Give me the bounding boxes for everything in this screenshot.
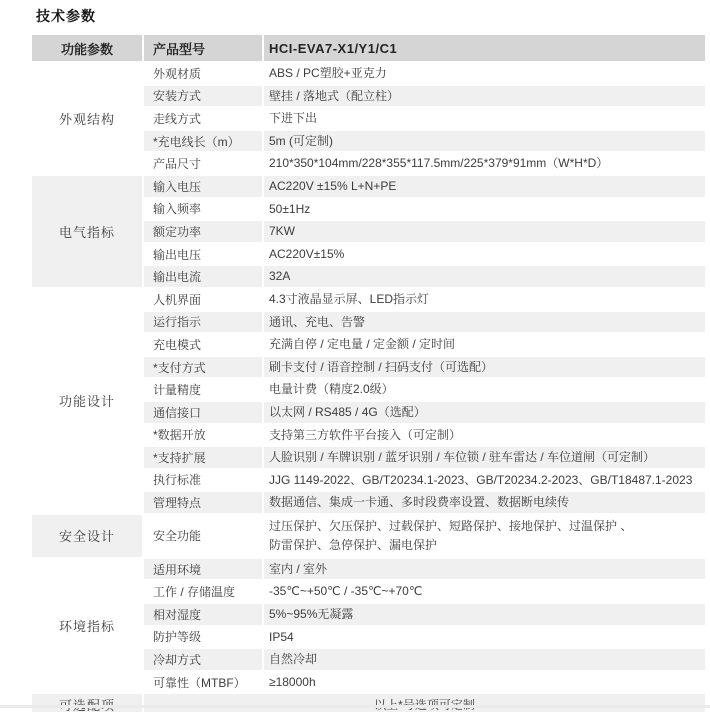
param-name-cell: *支付方式	[143, 356, 263, 379]
param-value-cell: 支持第三方软件平台接入（可定制）	[263, 424, 706, 447]
section-label: 安全设计	[31, 514, 143, 558]
param-name-cell: 防护等级	[143, 626, 263, 649]
param-name-cell: 管理特点	[143, 491, 263, 514]
param-name-cell: 走线方式	[143, 107, 263, 130]
param-value-cell: 7KW	[263, 220, 706, 243]
param-name-cell: 充电模式	[143, 333, 263, 356]
param-value-cell: 50±1Hz	[263, 198, 706, 221]
spec-table: 功能参数 产品型号 HCI-EVA7-X1/Y1/C1 外观结构外观材质ABS …	[30, 33, 707, 712]
param-name-cell: *数据开放	[143, 424, 263, 447]
param-name-cell: 冷却方式	[143, 648, 263, 671]
param-value-cell: 壁挂 / 落地式（配立柱）	[263, 85, 706, 108]
param-name-cell: 相对湿度	[143, 603, 263, 626]
param-value-cell: 5%~95%无凝露	[263, 603, 706, 626]
param-value-cell: ≥18000h	[263, 671, 706, 694]
param-name-cell: 通信接口	[143, 401, 263, 424]
param-value-cell: 电量计费（精度2.0级）	[263, 378, 706, 401]
table-row: 外观结构外观材质ABS / PC塑胶+亚克力	[31, 62, 706, 85]
param-name-cell: 外观材质	[143, 62, 263, 85]
param-value-cell: IP54	[263, 626, 706, 649]
param-value-cell: AC220V ±15% L+N+PE	[263, 175, 706, 198]
param-name-cell: 可靠性（MTBF）	[143, 671, 263, 694]
page-bottom-divider	[0, 705, 710, 708]
param-value-cell: 以太网 / RS485 / 4G（选配）	[263, 401, 706, 424]
param-value-cell: 数据通信、集成一卡通、多时段费率设置、数据断电续传	[263, 491, 706, 514]
param-name-cell: 安装方式	[143, 85, 263, 108]
param-name-cell: 安全功能	[143, 514, 263, 558]
param-value-cell: AC220V±15%	[263, 243, 706, 266]
table-row: 安全设计安全功能过压保护、欠压保护、过载保护、短路保护、接地保护、过温保护 、 …	[31, 514, 706, 558]
param-name-cell: 适用环境	[143, 558, 263, 581]
param-name-cell: 人机界面	[143, 288, 263, 311]
param-name-cell: 执行标准	[143, 469, 263, 492]
section-label: 功能设计	[31, 288, 143, 514]
section-label: 电气指标	[31, 175, 143, 288]
page-title: 技术参数	[36, 6, 96, 26]
param-value-cell: 自然冷却	[263, 648, 706, 671]
param-value-cell: 5m (可定制)	[263, 130, 706, 153]
table-row: 功能设计人机界面4.3寸液晶显示屏、LED指示灯	[31, 288, 706, 311]
param-name-cell: 运行指示	[143, 311, 263, 334]
param-value-cell: 210*350*104mm/228*355*117.5mm/225*379*91…	[263, 152, 706, 175]
param-name-cell: 输出电流	[143, 265, 263, 288]
param-value-cell: 过压保护、欠压保护、过载保护、短路保护、接地保护、过温保护 、 防雷保护、急停保…	[263, 514, 706, 558]
header-cell-product-model: 产品型号	[143, 34, 263, 62]
param-name-cell: *充电线长（m）	[143, 130, 263, 153]
param-name-cell: 产品尺寸	[143, 152, 263, 175]
param-value-cell: 刷卡支付 / 语音控制 / 扫码支付（可选配）	[263, 356, 706, 379]
param-value-cell: 室内 / 室外	[263, 558, 706, 581]
param-value-cell: -35℃~+50℃ / -35℃~+70℃	[263, 580, 706, 603]
table-header-row: 功能参数 产品型号 HCI-EVA7-X1/Y1/C1	[31, 34, 706, 62]
footer-note-cell: 以上*号选项可定制	[143, 693, 706, 712]
param-value-cell: 通讯、充电、告警	[263, 311, 706, 334]
param-name-cell: 计量精度	[143, 378, 263, 401]
tech-spec-page: 技术参数 功能参数 产品型号 HCI-EVA7-X1/Y1/C1 外观结构外观材…	[0, 0, 710, 712]
table-row: 环境指标适用环境室内 / 室外	[31, 558, 706, 581]
header-cell-model-number: HCI-EVA7-X1/Y1/C1	[263, 34, 706, 62]
param-name-cell: *支持扩展	[143, 446, 263, 469]
section-label: 环境指标	[31, 558, 143, 694]
param-value-cell: 4.3寸液晶显示屏、LED指示灯	[263, 288, 706, 311]
footer-section-label: 可选配项	[31, 693, 143, 712]
param-value-cell: 充满自停 / 定电量 / 定金额 / 定时间	[263, 333, 706, 356]
table-footer-row: 可选配项以上*号选项可定制	[31, 693, 706, 712]
param-name-cell: 输入电压	[143, 175, 263, 198]
param-value-cell: ABS / PC塑胶+亚克力	[263, 62, 706, 85]
param-value-cell: 人脸识别 / 车牌识别 / 蓝牙识别 / 车位锁 / 驻车雷达 / 车位道闸（可…	[263, 446, 706, 469]
param-name-cell: 输出电压	[143, 243, 263, 266]
spec-table-body: 外观结构外观材质ABS / PC塑胶+亚克力安装方式壁挂 / 落地式（配立柱）走…	[31, 62, 706, 712]
param-value-cell: JJG 1149-2022、GB/T20234.1-2023、GB/T20234…	[263, 469, 706, 492]
param-value-cell: 下进下出	[263, 107, 706, 130]
section-label: 外观结构	[31, 62, 143, 175]
param-value-cell: 32A	[263, 265, 706, 288]
param-name-cell: 额定功率	[143, 220, 263, 243]
table-row: 电气指标输入电压AC220V ±15% L+N+PE	[31, 175, 706, 198]
param-name-cell: 工作 / 存储温度	[143, 580, 263, 603]
param-name-cell: 输入频率	[143, 198, 263, 221]
header-cell-function-params: 功能参数	[31, 34, 143, 62]
